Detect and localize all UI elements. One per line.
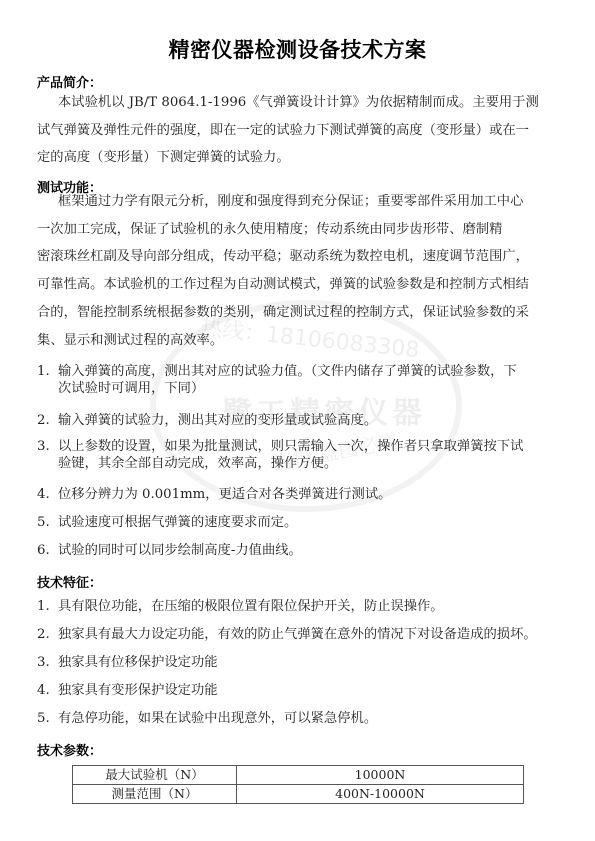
param-key: 最大试验机（N） <box>73 766 237 785</box>
feature-text: 具有限位功能，在压缩的极限位置有限位保护开关，防止误操作。 <box>58 598 444 615</box>
features-heading: 技术特征： <box>37 572 102 591</box>
intro-line: 定的高度（变形量）下测定弹簧的试验力。 <box>37 149 290 166</box>
intro-line: 试气弹簧及弹性元件的强度，即在一定的试验力下测试弹簧的高度（变形量）或在一 <box>37 122 529 139</box>
feature-number: 5. <box>37 710 50 727</box>
feature-number: 3. <box>37 654 50 671</box>
feature-number: 4. <box>37 682 50 699</box>
list-item-number: 6. <box>37 542 50 559</box>
list-item-text: 输入弹簧的试验力，测出其对应的变形量或试验高度。 <box>58 412 377 429</box>
document-page: 热线：18106083308 鹭工精密仪器 盗摄 盗图必究 精密仪器检测设备技术… <box>0 0 595 841</box>
list-item-number: 3. <box>37 438 50 455</box>
functions-line: 框架通过力学有限元分析，刚度和强度得到充分保证；重要零部件采用加工中心 <box>58 193 523 210</box>
list-item-text: 以上参数的设置，如果为批量测试，则只需输入一次，操作者只拿取弹簧按下试 <box>58 438 523 455</box>
params-heading: 技术参数： <box>37 740 102 759</box>
list-item-text: 试验速度可根据气弹簧的速度要求而定。 <box>58 514 297 531</box>
functions-line: 密滚珠丝杠副及导向部分组成，传动平稳；驱动系统为数控电机，速度调节范围广， <box>37 248 529 265</box>
intro-line: 本试验机以 JB/T 8064.1-1996《气弹簧设计计算》为依据精制而成。主… <box>58 94 539 111</box>
param-value: 10000N <box>237 766 524 785</box>
feature-text: 独家具有最大力设定功能，有效的防止气弹簧在意外的情况下对设备造成的损坏。 <box>58 626 537 643</box>
feature-text: 独家具有变形保护设定功能 <box>58 682 218 699</box>
functions-line: 合的，智能控制系统根据参数的类别，确定测试过程的控制方式，保证试验参数的采 <box>37 304 529 321</box>
list-item-text: 位移分辨力为 0.001mm，更适合对各类弹簧进行测试。 <box>58 486 391 503</box>
document-title: 精密仪器检测设备技术方案 <box>0 34 595 64</box>
param-key: 测量范围（N） <box>73 785 237 804</box>
list-item-number: 4. <box>37 486 50 503</box>
feature-text: 独家具有位移保护设定功能 <box>58 654 218 671</box>
list-item-text: 次试验时可调用，下同） <box>58 380 204 397</box>
list-item-text: 验键，其余全部自动完成，效率高，操作方便。 <box>58 455 337 472</box>
feature-number: 2. <box>37 626 50 643</box>
list-item-number: 2. <box>37 412 50 429</box>
functions-line: 可靠性高。本试验机的工作过程为自动测试模式，弹簧的试验参数是和控制方式相结 <box>37 276 529 293</box>
param-value: 400N-10000N <box>237 785 524 804</box>
feature-number: 1. <box>37 598 50 615</box>
list-item-text: 输入弹簧的高度，测出其对应的试验力值。（文件内储存了弹簧的试验参数，下 <box>58 363 517 380</box>
list-item-text: 试验的同时可以同步绘制高度-力值曲线。 <box>58 542 302 559</box>
table-row: 测量范围（N） 400N-10000N <box>73 785 524 804</box>
feature-text: 有急停功能，如果在试验中出现意外，可以紧急停机。 <box>58 710 377 727</box>
list-item-number: 5. <box>37 514 50 531</box>
table-row: 最大试验机（N） 10000N <box>73 766 524 785</box>
functions-line: 一次加工完成，保证了试验机的永久使用精度；传动系统由同步齿形带、磨制精 <box>37 221 502 238</box>
params-table: 最大试验机（N） 10000N 测量范围（N） 400N-10000N <box>72 765 524 804</box>
intro-heading: 产品简介： <box>37 72 102 91</box>
functions-line: 集、显示和测试过程的高效率。 <box>37 332 223 349</box>
list-item-number: 1. <box>37 363 50 380</box>
